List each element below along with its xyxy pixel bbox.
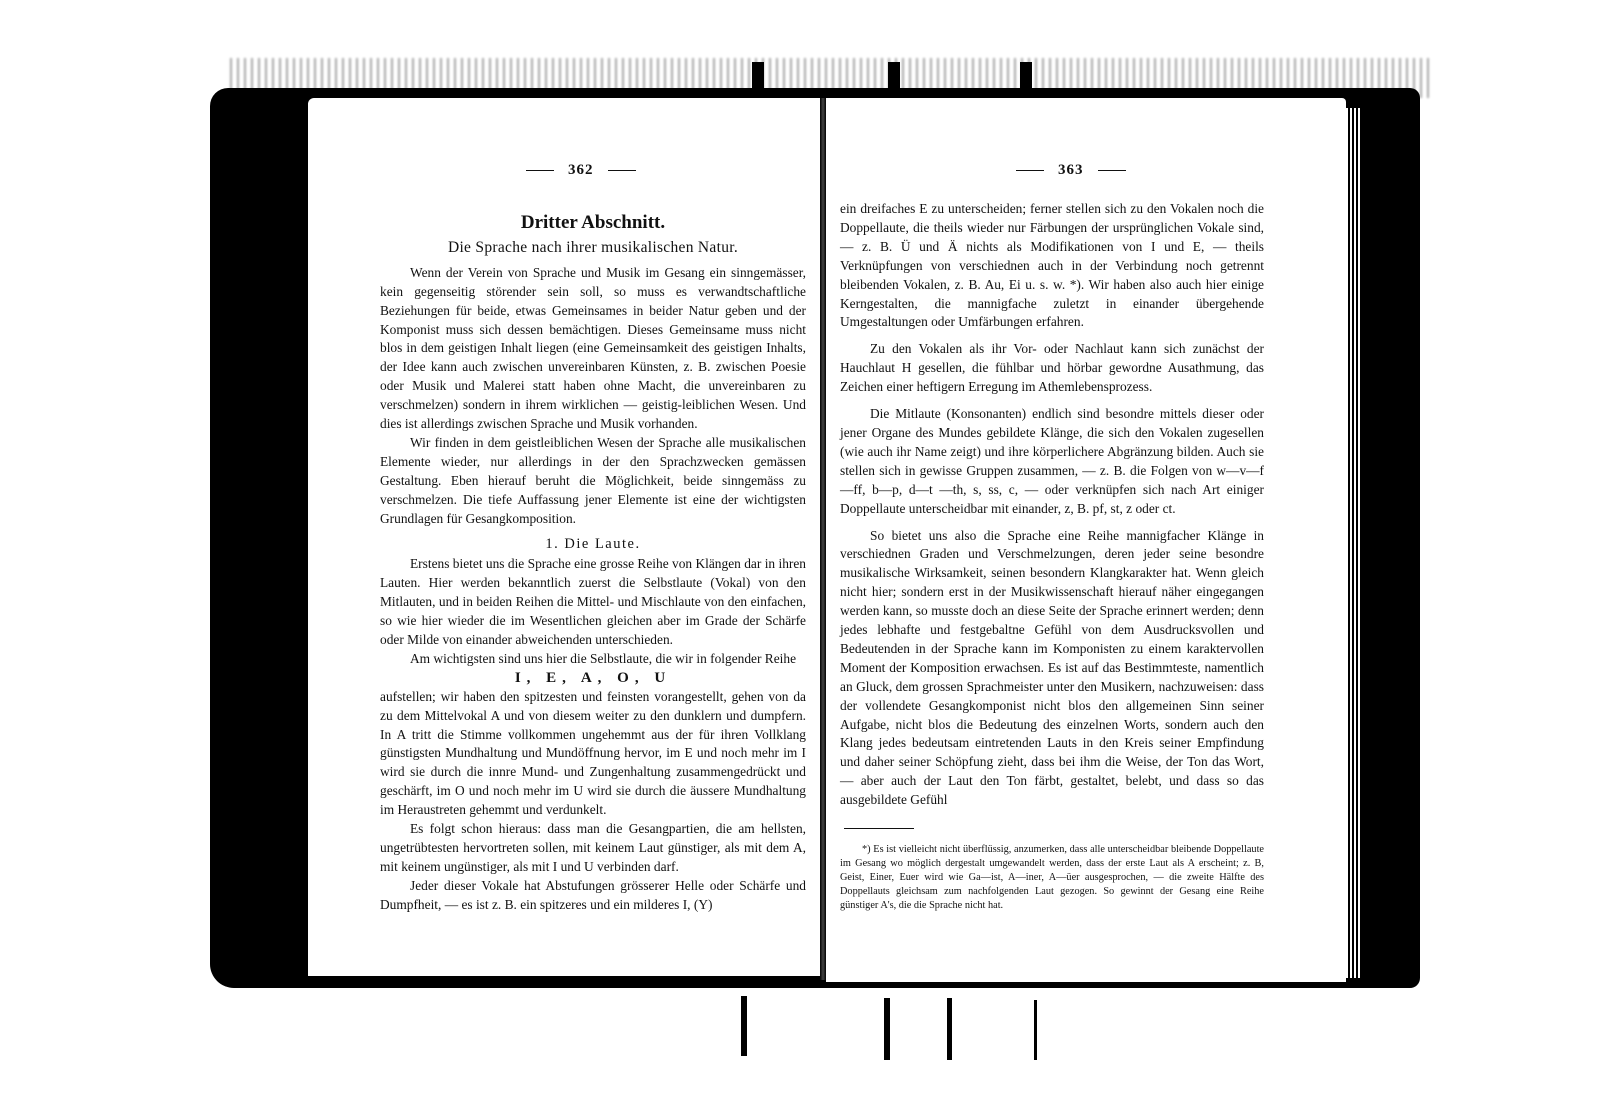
right-page: 363 ein dreifaches E zu unterscheiden; f… <box>826 98 1346 982</box>
bookmark-ribbon <box>884 998 890 1060</box>
paragraph: Es folgt schon hieraus: dass man die Ges… <box>380 820 806 877</box>
bookmark-ribbon <box>741 996 747 1056</box>
right-page-text: ein dreifaches E zu unterscheiden; ferne… <box>840 200 1264 913</box>
paragraph: Jeder dieser Vokale hat Abstufungen grös… <box>380 877 806 915</box>
paragraph: aufstellen; wir haben den spitzesten und… <box>380 688 806 820</box>
vowel-row: I, E, A, O, U <box>380 669 806 688</box>
left-page: 362 Dritter Abschnitt. Die Sprache nach … <box>308 98 820 976</box>
paragraph: Am wichtigsten sind uns hier die Selbstl… <box>380 650 806 669</box>
page-number: 362 <box>526 162 636 179</box>
paragraph: Zu den Vokalen als ihr Vor- oder Nachlau… <box>840 340 1264 397</box>
page-number: 363 <box>1016 162 1126 179</box>
footnote-divider <box>844 828 914 829</box>
bookmark-ribbon <box>888 62 900 98</box>
page-edges <box>1346 108 1360 978</box>
chapter-heading: Dritter Abschnitt. <box>380 214 806 233</box>
paragraph: So bietet uns also die Sprache eine Reih… <box>840 527 1264 811</box>
paragraph: ein dreifaches E zu unterscheiden; ferne… <box>840 200 1264 332</box>
paragraph: Wir finden in dem geistleiblichen Wesen … <box>380 434 806 529</box>
footnote: *) Es ist vielleicht nicht überflüssig, … <box>840 843 1264 913</box>
section-title: 1. Die Laute. <box>380 535 806 554</box>
paragraph: Wenn der Verein von Sprache und Musik im… <box>380 264 806 434</box>
paragraph: Die Mitlaute (Konsonanten) endlich sind … <box>840 405 1264 518</box>
bookmark-ribbon <box>752 62 764 98</box>
chapter-subheading: Die Sprache nach ihrer musikalischen Nat… <box>380 239 806 258</box>
bookmark-ribbon <box>1020 62 1032 98</box>
bookmark-ribbon <box>947 998 952 1060</box>
bookmark-ribbon <box>1034 1000 1037 1060</box>
paragraph: Erstens bietet uns die Sprache eine gros… <box>380 555 806 650</box>
left-page-text: Dritter Abschnitt. Die Sprache nach ihre… <box>380 214 806 915</box>
